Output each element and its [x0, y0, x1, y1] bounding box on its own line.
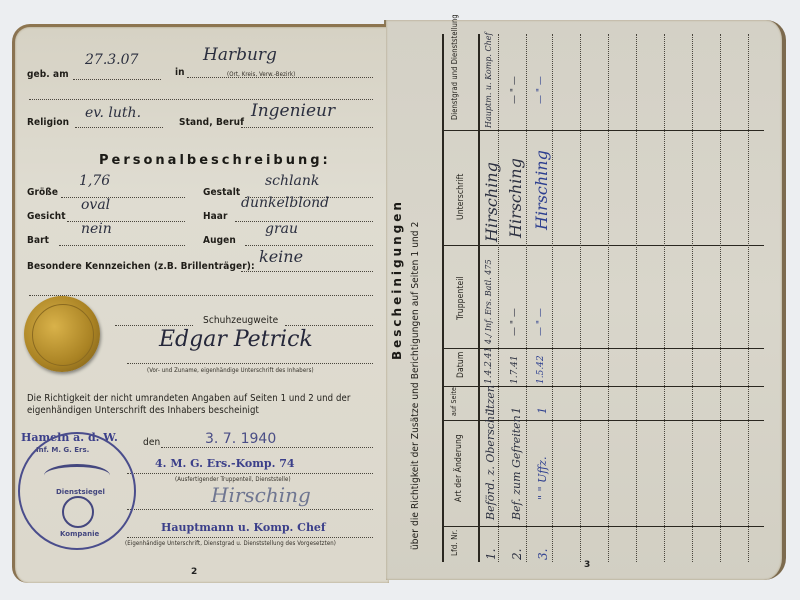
unit-stamp: 4. M. G. Ers.-Komp. 74 — [155, 457, 295, 470]
official-seal: Inf. M. G. Ers. Dienstsiegel Kompanie — [18, 432, 136, 550]
row2-rank: — " — — [510, 76, 520, 104]
height-value: 1,76 — [79, 173, 110, 189]
row2-change: Bef. zum Gefreiten — [510, 415, 523, 520]
row1-change: Beförd. z. Oberschützen — [484, 385, 497, 520]
entry-line — [692, 34, 693, 562]
place-hint: (Ort, Kreis, Verw.-Bezirk) — [227, 71, 295, 78]
col-header-rank: Dienstgrad und Dienststellung — [450, 14, 459, 120]
personal-description-title: Personalbeschreibung: — [99, 153, 331, 168]
holder-signature: Edgar Petrick — [159, 327, 313, 352]
entry-line — [636, 34, 637, 562]
col-header-page: auf Seite — [450, 387, 458, 416]
height-line — [61, 197, 185, 198]
shoe-line-b — [285, 325, 373, 326]
entry-line — [664, 34, 665, 562]
face-value: oval — [81, 197, 110, 213]
col-header-nr: Lfd. Nr. — [450, 530, 459, 556]
issue-date: 3. 7. 1940 — [205, 431, 276, 447]
eyes-value: grau — [265, 221, 298, 237]
date-line — [161, 447, 373, 448]
in-label: in — [175, 67, 185, 78]
beard-line — [59, 245, 185, 246]
row3-change: " " Uffz. — [536, 457, 549, 500]
unit-hint: (Ausfertigender Truppenteil, Dienststell… — [175, 476, 291, 483]
hair-value: dunkelblond — [241, 195, 329, 211]
beard-value: nein — [81, 221, 112, 237]
religion-label: Religion — [27, 117, 69, 128]
born-label: geb. am — [27, 69, 69, 80]
occupation-label: Stand, Beruf — [179, 117, 244, 128]
officer-line — [127, 509, 373, 510]
occupation-line — [241, 127, 373, 128]
birthplace-value: Harburg — [203, 45, 277, 65]
entry-line — [552, 34, 553, 562]
entry-line — [608, 34, 609, 562]
entry-line — [498, 34, 499, 562]
row-divider — [442, 526, 764, 527]
den-label: den — [143, 437, 160, 448]
row2-page: 1 — [510, 407, 523, 414]
coin-icon — [24, 296, 100, 372]
page-number-3: 3 — [584, 560, 590, 570]
row3-page: 1 — [536, 407, 549, 414]
eyes-line — [245, 245, 373, 246]
unit-line — [127, 473, 373, 474]
col-header-change-type: Art der Änderung — [454, 434, 464, 502]
right-page: Bescheinigungen über die Richtigkeit der… — [386, 20, 786, 580]
marks-label: Besondere Kennzeichen (z.B. Brillenträge… — [27, 261, 255, 272]
table-border-left — [442, 34, 444, 562]
signature-line — [127, 363, 373, 364]
row3-date: 1.5.42 — [536, 355, 546, 384]
seal-text-bottom: Kompanie — [60, 530, 99, 538]
religion-value: ev. luth. — [85, 105, 141, 121]
row2-signature: Hirsching — [506, 158, 525, 238]
row-divider — [442, 130, 764, 131]
entry-line — [720, 34, 721, 562]
row2-unit: — " — — [510, 308, 520, 336]
certificates-title: Bescheinigungen — [390, 199, 404, 360]
row3-nr: 3. — [536, 549, 550, 560]
rank-hint: (Eigenhändige Unterschrift, Dienstgrad u… — [125, 540, 336, 547]
entry-line — [526, 34, 527, 562]
hair-label: Haar — [203, 211, 228, 222]
row1-nr: 1. — [484, 549, 498, 560]
signature-hint: (Vor- und Zuname, eigenhändige Unterschr… — [147, 367, 314, 374]
entry-line — [748, 34, 749, 562]
build-value: schlank — [265, 173, 319, 189]
officer-signature: Hirsching — [211, 483, 311, 507]
occupation-value: Ingenieur — [251, 101, 335, 121]
row-divider — [442, 245, 764, 246]
rank-line — [127, 537, 373, 538]
page-number-2: 2 — [191, 567, 197, 577]
row1-unit: 4./ Inf. Ers. Batl. 475 — [484, 259, 493, 344]
row3-signature: Hirsching — [532, 150, 551, 230]
col-header-signature: Unterschrift — [456, 174, 466, 220]
beard-label: Bart — [27, 235, 49, 246]
build-label: Gestalt — [203, 187, 240, 198]
hair-line — [235, 221, 373, 222]
blank-line — [29, 99, 373, 100]
row2-nr: 2. — [510, 549, 524, 560]
certification-text: Die Richtigkeit der nicht umrandeten Ang… — [27, 393, 373, 417]
row3-unit: — " — — [536, 308, 546, 336]
shoe-size-label: Schuhzeugweite — [203, 315, 278, 326]
swastika-emblem-icon — [62, 496, 94, 528]
row2-date: 1.7.41 — [510, 355, 520, 384]
born-value: 27.3.07 — [85, 52, 138, 68]
eyes-label: Augen — [203, 235, 236, 246]
height-label: Größe — [27, 187, 58, 198]
seal-text-mid: Dienstsiegel — [56, 488, 105, 496]
marks-line-2 — [29, 295, 373, 296]
table-header-divider — [478, 34, 480, 562]
marks-line — [241, 271, 373, 272]
shoe-line-a — [115, 325, 193, 326]
rank-stamp: Hauptmann u. Komp. Chef — [161, 521, 326, 534]
col-header-date: Datum — [456, 352, 466, 378]
row1-date: 1.4.2.41 — [484, 347, 494, 384]
entry-line — [580, 34, 581, 562]
certificates-subtitle: über die Richtigkeit der Zusätze und Ber… — [410, 222, 421, 550]
face-label: Gesicht — [27, 211, 66, 222]
col-header-unit: Truppenteil — [456, 276, 466, 320]
row1-page: 1 — [484, 407, 497, 414]
marks-value: keine — [259, 247, 303, 266]
religion-line — [75, 127, 163, 128]
row1-signature: Hirsching — [482, 162, 501, 242]
row3-rank: — " — — [536, 76, 546, 104]
seal-text-top: Inf. M. G. Ers. — [36, 446, 89, 454]
eagle-icon — [44, 464, 110, 487]
born-line — [73, 79, 161, 80]
row1-rank: Hauptm. u. Komp. Chef — [484, 33, 493, 128]
